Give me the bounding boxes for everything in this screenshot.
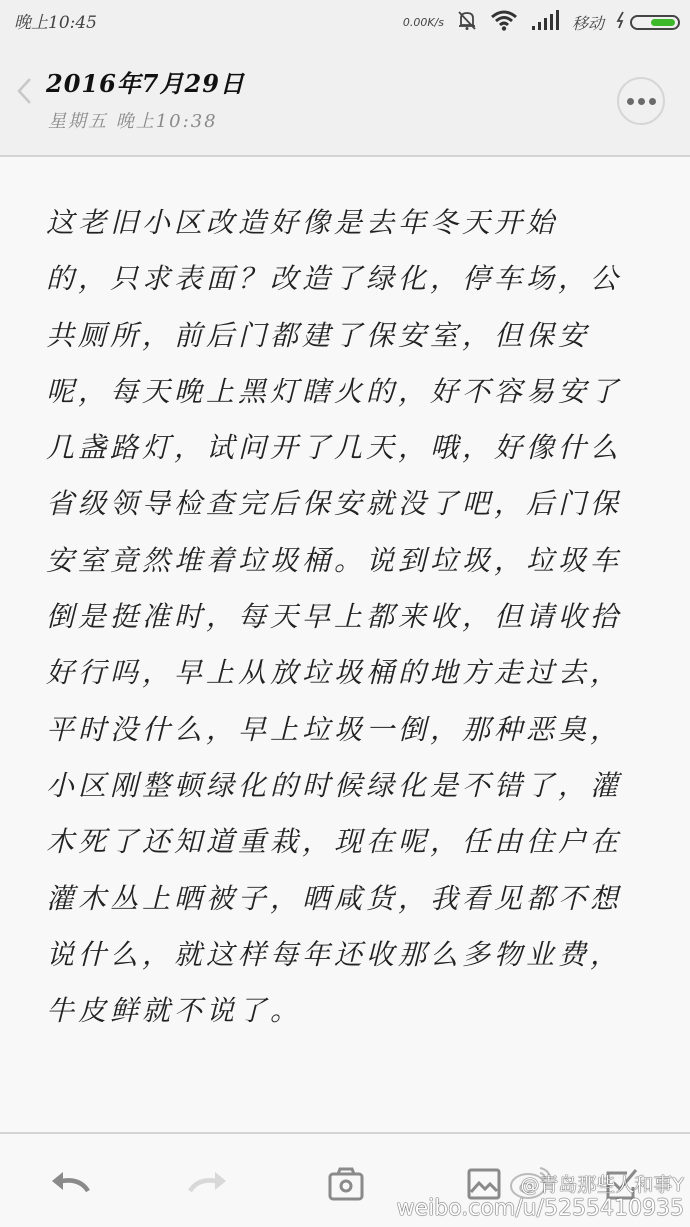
note-line: 的，只求表面？改造了绿化，停车场，公 [46,251,651,307]
camera-button[interactable] [326,1164,366,1204]
chevron-left-icon [14,76,36,106]
more-dot [649,98,656,105]
note-line: 呢，每天晚上黑灯瞎火的，好不容易安了 [46,364,651,420]
status-bar: 晚上10:45 0.00K/s [0,0,690,44]
note-body[interactable]: 这老旧小区改造好像是去年冬天开始 的，只求表面？改造了绿化，停车场，公 共厕所，… [46,195,651,1039]
checklist-button[interactable] [602,1164,642,1204]
redo-icon [188,1169,228,1199]
note-header: 2016年7月29日 星期五 晚上10:38 [0,44,690,157]
battery-level [651,19,675,26]
note-line: 说什么，就这样每年还收那么多物业费， [46,927,651,983]
note-line: 几盏路灯，试问开了几天，哦，好像什么 [46,420,651,476]
charging-icon [616,11,626,33]
note-line: 牛皮鲜就不说了。 [46,983,651,1039]
bell-muted-icon [456,9,478,35]
note-date-title: 2016年7月29日 [46,64,245,99]
wifi-icon [490,9,518,35]
insert-image-button[interactable] [464,1164,504,1204]
more-dot [638,98,645,105]
more-dots-icon [627,98,634,105]
signal-icon [530,9,560,35]
note-line: 安室竟然堆着垃圾桶。说到垃圾，垃圾车 [46,533,651,589]
note-line: 小区刚整顿绿化的时候绿化是不错了，灌 [46,758,651,814]
image-icon [467,1168,501,1200]
camera-icon [328,1167,364,1201]
undo-button[interactable] [50,1164,90,1204]
more-options-button[interactable] [617,77,665,125]
carrier-label: 移动 [572,11,604,34]
status-time: 晚上10:45 [14,8,97,33]
note-line: 平时没什么，早上垃圾一倒，那种恶臭， [46,702,651,758]
note-line: 木死了还知道重栽，现在呢，任由住户在 [46,814,651,870]
note-line: 这老旧小区改造好像是去年冬天开始 [46,195,651,251]
note-line: 灌木丛上晒被子，晒咸货，我看见都不想 [46,871,651,927]
status-right: 0.00K/s [403,8,680,36]
redo-button[interactable] [188,1164,228,1204]
net-speed: 0.00K/s [403,16,444,29]
note-date-subtitle: 星期五 晚上10:38 [48,107,218,133]
note-line: 共厕所，前后门都建了保安室，但保安 [46,308,651,364]
battery-icon [630,15,680,30]
note-line: 省级领导检查完后保安就没了吧，后门保 [46,476,651,532]
battery-group [616,11,680,33]
note-line: 倒是挺准时，每天早上都来收，但请收拾 [46,589,651,645]
note-line: 好行吗，早上从放垃圾桶的地方走过去， [46,645,651,701]
bottom-toolbar [0,1132,690,1227]
undo-icon [50,1169,90,1199]
checkbox-icon [605,1167,639,1201]
back-button[interactable] [14,76,36,106]
